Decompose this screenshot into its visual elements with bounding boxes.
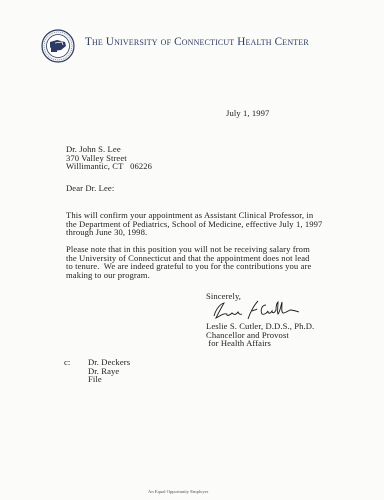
cc-label: c: bbox=[64, 358, 70, 367]
cc-recipient: File bbox=[88, 375, 130, 384]
letterhead-title: The University of Connecticut Health Cen… bbox=[85, 36, 309, 48]
signer-block: Leslie S. Cutler, D.D.S., Ph.D. Chancell… bbox=[206, 322, 314, 348]
recipient-city: Willimantic, CT 06226 bbox=[66, 162, 152, 171]
signer-title-2: for Health Affairs bbox=[206, 339, 314, 348]
recipient-address: Dr. John S. Lee 370 Valley Street Willim… bbox=[66, 145, 152, 171]
salutation: Dear Dr. Lee: bbox=[66, 184, 114, 193]
paragraph-line: making to our program. bbox=[66, 271, 311, 280]
paragraph-line: through June 30, 1998. bbox=[66, 228, 322, 237]
letter-date: July 1, 1997 bbox=[226, 109, 269, 118]
cc-list: Dr. Deckers Dr. Raye File bbox=[88, 358, 130, 384]
signature-icon bbox=[208, 299, 300, 321]
body-paragraph-1: This will confirm your appointment as As… bbox=[66, 211, 322, 237]
body-paragraph-2: Please note that in this position you wi… bbox=[66, 245, 311, 279]
university-seal-icon bbox=[41, 29, 75, 63]
footer-note: An Equal Opportunity Employer bbox=[148, 489, 208, 494]
